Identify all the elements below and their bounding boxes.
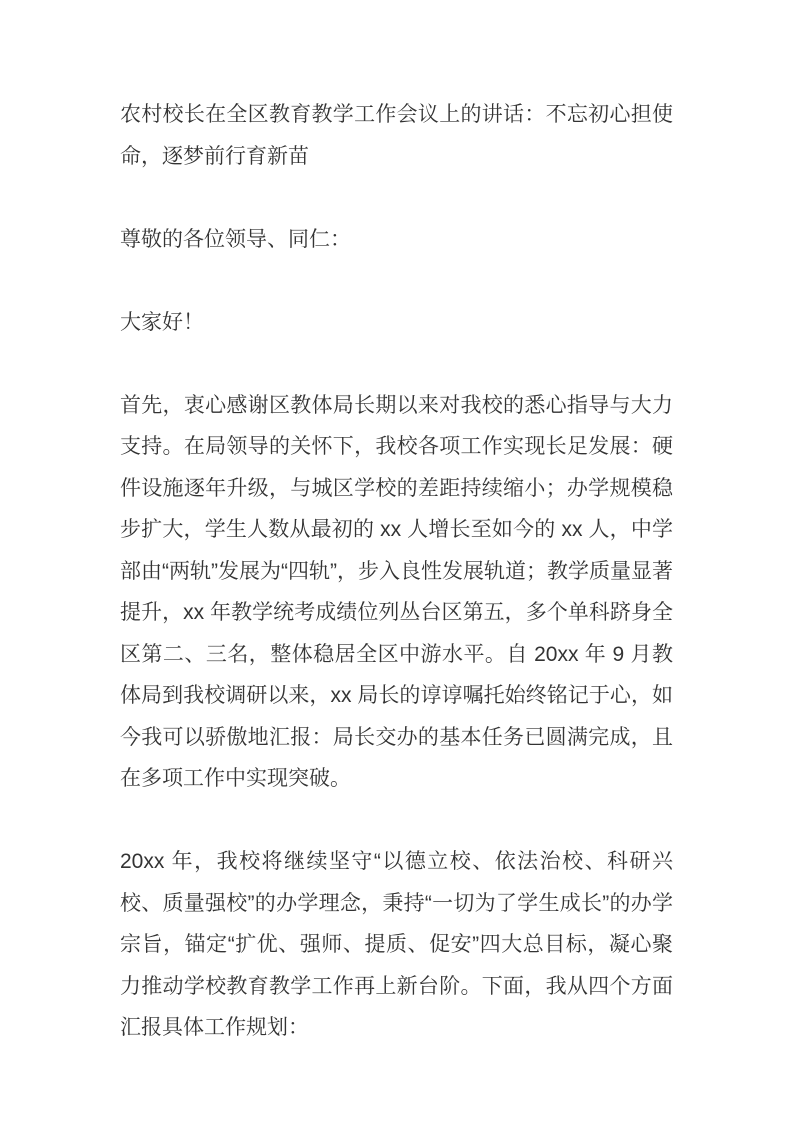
paragraph-greeting: 大家好！ [120,302,673,344]
paragraph-salutation: 尊敬的各位领导、同仁： [120,219,673,261]
paragraph-plan-intro: 20xx 年，我校将继续坚守“以德立校、依法治校、科研兴校、质量强校”的办学理念… [120,841,673,1049]
paragraph-review: 首先，衷心感谢区教体局长期以来对我校的悉心指导与大力支持。在局领导的关怀下，我校… [120,385,673,800]
document-body: 农村校长在全区教育教学工作会议上的讲话：不忘初心担使命，逐梦前行育新苗 尊敬的各… [120,94,673,1049]
document-title: 农村校长在全区教育教学工作会议上的讲话：不忘初心担使命，逐梦前行育新苗 [120,94,673,177]
document-page: 农村校长在全区教育教学工作会议上的讲话：不忘初心担使命，逐梦前行育新苗 尊敬的各… [0,0,793,1122]
